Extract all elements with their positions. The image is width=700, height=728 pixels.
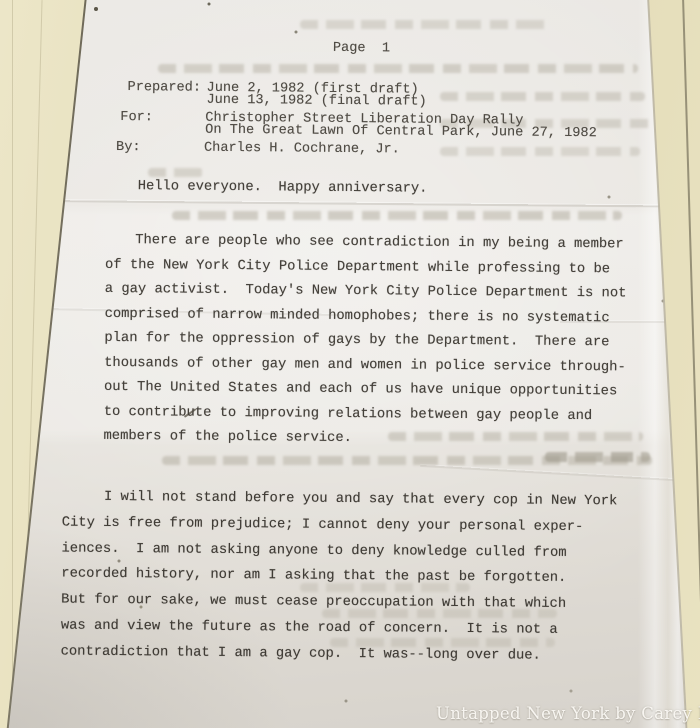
- watermark-credit: Untapped New York by Carey Reed: [436, 704, 700, 723]
- document-photo: Page 1 Prepared: June 2, 1982 (first dra…: [0, 0, 700, 728]
- by-label: By:: [116, 142, 141, 154]
- folder-fold-line: [12, 0, 13, 728]
- prepared-label: Prepared:: [128, 82, 202, 94]
- greeting-text: Hello everyone. Happy anniversary.: [138, 179, 428, 198]
- dust-specks: [0, 0, 2, 2]
- author-name: Charles H. Cochrane, Jr.: [204, 143, 400, 156]
- for-label: For:: [120, 112, 153, 124]
- body-paragraph-2: I will not stand before you and say that…: [61, 485, 618, 670]
- page-number: Page 1: [333, 43, 390, 55]
- typewritten-text: Page 1 Prepared: June 2, 1982 (first dra…: [0, 0, 700, 728]
- paper-sheet: Page 1 Prepared: June 2, 1982 (first dra…: [0, 0, 700, 728]
- event-details: Christopher Street Liberation Day RallyO…: [205, 113, 597, 139]
- prepared-dates: June 2, 1982 (first draft)June 13, 1982 …: [206, 83, 426, 108]
- binder-page-edge: [682, 0, 700, 606]
- body-paragraph-1: There are people who see contradiction i…: [103, 229, 627, 454]
